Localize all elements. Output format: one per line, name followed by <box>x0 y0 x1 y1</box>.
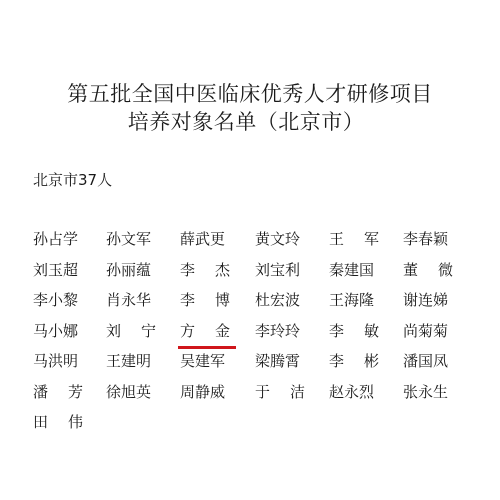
document-title-line-2: 培养对象名单（北京市） <box>0 108 496 136</box>
name-item: 孙占学 <box>33 228 83 250</box>
name-item: 薛武更 <box>180 228 230 250</box>
name-item: 潘国凤 <box>403 350 453 372</box>
name-item: 李小黎 <box>33 289 83 311</box>
name-item: 刘宁 <box>106 320 156 342</box>
name-item: 秦建国 <box>329 259 379 281</box>
name-item: 刘玉超 <box>33 259 83 281</box>
name-item: 梁腾霄 <box>255 350 305 372</box>
name-item: 王海隆 <box>329 289 379 311</box>
highlight-underline <box>178 346 236 349</box>
name-item: 李彬 <box>329 350 379 372</box>
name-item: 赵永烈 <box>329 381 379 403</box>
name-item: 徐旭英 <box>106 381 156 403</box>
name-item: 马小娜 <box>33 320 83 342</box>
name-item: 谢连娣 <box>403 289 453 311</box>
name-item: 孙丽蕴 <box>106 259 156 281</box>
name-item-highlighted: 方金 <box>180 320 230 342</box>
document-title-line-1: 第五批全国中医临床优秀人才研修项目 <box>0 80 500 108</box>
name-item: 吴建军 <box>180 350 230 372</box>
name-item: 周静威 <box>180 381 230 403</box>
name-item: 王建明 <box>106 350 156 372</box>
name-item: 黄文玲 <box>255 228 305 250</box>
name-item: 马洪明 <box>33 350 83 372</box>
name-item: 于洁 <box>255 381 305 403</box>
name-item: 孙文军 <box>106 228 156 250</box>
name-item: 李博 <box>180 289 230 311</box>
name-item: 杜宏波 <box>255 289 305 311</box>
name-item: 李玲玲 <box>255 320 305 342</box>
region-count-heading: 北京市37人 <box>33 170 112 190</box>
name-item: 李春颖 <box>403 228 453 250</box>
name-item: 刘宝利 <box>255 259 305 281</box>
name-item: 李敏 <box>329 320 379 342</box>
name-item: 潘芳 <box>33 381 83 403</box>
name-item: 张永生 <box>403 381 453 403</box>
name-item: 李杰 <box>180 259 230 281</box>
name-item: 肖永华 <box>106 289 156 311</box>
name-item: 董微 <box>403 259 453 281</box>
name-item: 王军 <box>329 228 379 250</box>
name-item: 田伟 <box>33 411 83 433</box>
name-item: 尚菊菊 <box>403 320 453 342</box>
